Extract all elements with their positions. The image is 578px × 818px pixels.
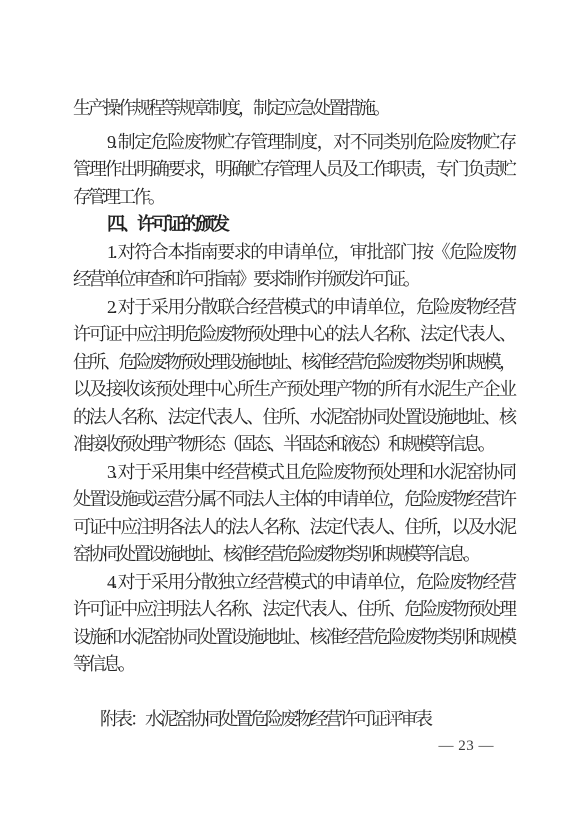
text-line: 3. 对于采用集中经营模式且危险废物预处理和水泥窑协同 [73, 459, 514, 487]
text-line: 的法人名称、法定代表人、住所、水泥窑协同处置设施地址、核 [73, 404, 514, 432]
paragraph-item-2: 2. 对于采用分散联合经营模式的申请单位，危险废物经营 许可证中应注明危险废物预… [73, 294, 514, 459]
text-line: 设施和水泥窑协同处置设施地址、核准经营危险废物类别和规模 [73, 624, 514, 652]
document-body: 生产操作规程等规章制度，制定应急处置措施。 9. 制定危险废物贮存管理制度，对不… [73, 95, 514, 734]
text-line: 窑协同处置设施地址、核准经营危险废物类别和规模等信息。 [73, 541, 514, 569]
text-line: 处置设施或运营分属不同法人主体的申请单位，危险废物经营许 [73, 486, 514, 514]
paragraph-item-9: 9. 制定危险废物贮存管理制度，对不同类别危险废物贮存 管理作出明确要求，明确贮… [73, 129, 514, 212]
section-heading-text: 四、许可证的颁发 [73, 211, 514, 239]
text-line: 许可证中应注明危险废物预处理中心的法人名称、法定代表人、 [73, 321, 514, 349]
paragraph-item-3: 3. 对于采用集中经营模式且危险废物预处理和水泥窑协同 处置设施或运营分属不同法… [73, 459, 514, 569]
appendix-reference: 附表：水泥窑协同处置危险废物经营许可证评审表 [73, 706, 514, 734]
page-number: — 23 — [439, 736, 495, 756]
text-line: 经营单位审查和许可指南》要求制作并颁发许可证。 [73, 266, 514, 294]
paragraph-item-4: 4. 对于采用分散独立经营模式的申请单位，危险废物经营 许可证中应注明法人名称、… [73, 569, 514, 679]
text-line: 2. 对于采用分散联合经营模式的申请单位，危险废物经营 [73, 294, 514, 322]
text-line: 住所、危险废物预处理设施地址、核准经营危险废物类别和规模， [73, 349, 514, 377]
text-line: 许可证中应注明法人名称、法定代表人、住所、危险废物预处理 [73, 596, 514, 624]
text-line: 准接收预处理产物形态（固态、半固态和液态）和规模等信息。 [73, 431, 514, 459]
text-line: 9. 制定危险废物贮存管理制度，对不同类别危险废物贮存 [73, 129, 514, 157]
text-line: 生产操作规程等规章制度，制定应急处置措施。 [73, 95, 514, 123]
text-line: 管理作出明确要求，明确贮存管理人员及工作职责，专门负责贮 [73, 156, 514, 184]
text-line: 1. 对符合本指南要求的申请单位，审批部门按《危险废物 [73, 239, 514, 267]
section-heading: 四、许可证的颁发 [73, 211, 514, 239]
text-line: 以及接收该预处理中心所生产预处理产物的所有水泥生产企业 [73, 376, 514, 404]
appendix-reference-text: 附表：水泥窑协同处置危险废物经营许可证评审表 [73, 706, 514, 734]
paragraph-item-1: 1. 对符合本指南要求的申请单位，审批部门按《危险废物 经营单位审查和许可指南》… [73, 239, 514, 294]
document-page: 生产操作规程等规章制度，制定应急处置措施。 9. 制定危险废物贮存管理制度，对不… [0, 0, 578, 818]
text-line: 存管理工作。 [73, 184, 514, 212]
text-line: 4. 对于采用分散独立经营模式的申请单位，危险废物经营 [73, 569, 514, 597]
paragraph-continuation: 生产操作规程等规章制度，制定应急处置措施。 [73, 95, 514, 123]
text-line: 可证中应注明各法人的法人名称、法定代表人、住所，以及水泥 [73, 514, 514, 542]
text-line: 等信息。 [73, 651, 514, 679]
